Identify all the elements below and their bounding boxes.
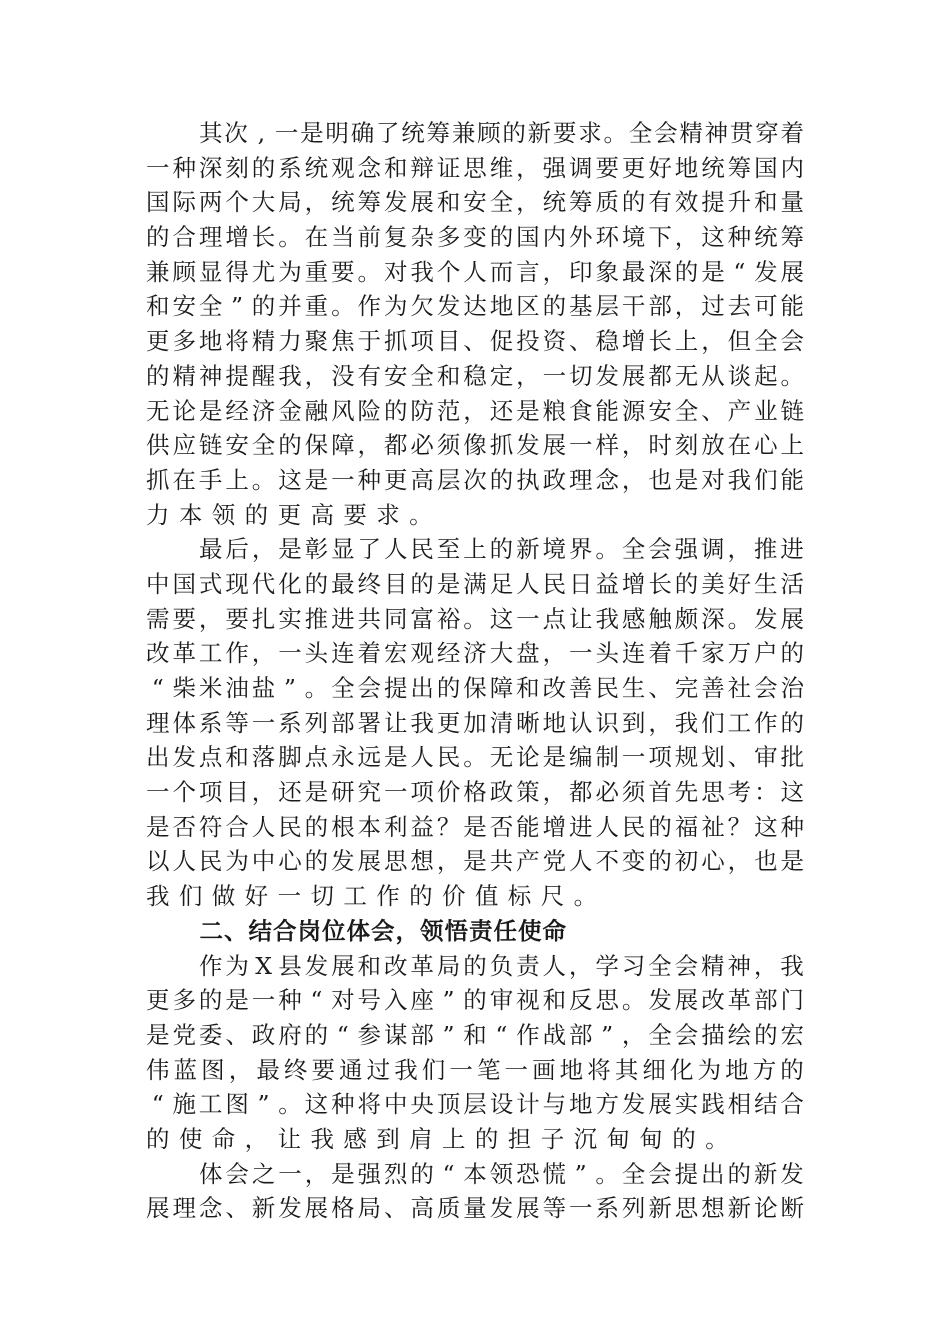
text-line: 理体系等一系列部署让我更加清晰地认识到，我们工作的 — [146, 706, 804, 741]
text-line: 抓在手上。这是一种更高层次的执政理念，也是对我们能 — [146, 463, 804, 498]
paragraph: 最后，是彰显了人民至上的新境界。全会强调，推进中国式现代化的最终目的是满足人民日… — [146, 532, 806, 914]
text-line: 供应链安全的保障，都必须像抓发展一样，时刻放在心上 — [146, 428, 804, 463]
text-line: 需要，要扎实推进共同富裕。这一点让我感触颇深。发展 — [146, 602, 804, 637]
text-line: 的使命，让我感到肩上的担子沉甸甸的。 — [146, 1122, 804, 1157]
text-line: 和安全”的并重。作为欠发达地区的基层干部，过去可能 — [146, 289, 804, 324]
text-line: 国际两个大局，统筹发展和安全，统筹质的有效提升和量 — [146, 185, 804, 220]
text-line: 力本领的更高要求。 — [146, 498, 804, 533]
text-line: “施工图”。这种将中央顶层设计与地方发展实践相结合 — [146, 1087, 804, 1122]
document-page: 其次,一是明确了统筹兼顾的新要求。全会精神贯穿着一种深刻的系统观念和辩证思维，强… — [146, 116, 806, 1226]
paragraph: 其次,一是明确了统筹兼顾的新要求。全会精神贯穿着一种深刻的系统观念和辩证思维，强… — [146, 116, 806, 532]
text-line: 的合理增长。在当前复杂多变的国内外环境下，这种统筹 — [146, 220, 804, 255]
text-line: 改革工作，一头连着宏观经济大盘，一头连着千家万户的 — [146, 636, 804, 671]
text-line: 我们做好一切工作的价值标尺。 — [146, 879, 804, 914]
text-line: 最后，是彰显了人民至上的新境界。全会强调，推进 — [146, 532, 804, 567]
paragraph: 作为X县发展和改革局的负责人，学习全会精神，我更多的是一种“对号入座”的审视和反… — [146, 949, 806, 1157]
text-line: 无论是经济金融风险的防范，还是粮食能源安全、产业链 — [146, 394, 804, 429]
text-line: 更多地将精力聚焦于抓项目、促投资、稳增长上，但全会 — [146, 324, 804, 359]
text-line: 是党委、政府的“参谋部”和“作战部”，全会描绘的宏 — [146, 1018, 804, 1053]
text-line: “柴米油盐”。全会提出的保障和改善民生、完善社会治 — [146, 671, 804, 706]
text-line: 更多的是一种“对号入座”的审视和反思。发展改革部门 — [146, 983, 804, 1018]
text-line: 伟蓝图，最终要通过我们一笔一画地将其细化为地方的 — [146, 1053, 804, 1088]
text-line: 以人民为中心的发展思想，是共产党人不变的初心，也是 — [146, 844, 804, 879]
text-line: 其次,一是明确了统筹兼顾的新要求。全会精神贯穿着 — [146, 116, 804, 151]
text-line: 中国式现代化的最终目的是满足人民日益增长的美好生活 — [146, 567, 804, 602]
text-line: 一个项目，还是研究一项价格政策，都必须首先思考：这 — [146, 775, 804, 810]
paragraph: 体会之一，是强烈的“本领恐慌”。全会提出的新发展理念、新发展格局、高质量发展等一… — [146, 1157, 806, 1226]
text-line: 体会之一，是强烈的“本领恐慌”。全会提出的新发 — [146, 1157, 804, 1192]
text-line: 出发点和落脚点永远是人民。无论是编制一项规划、审批 — [146, 740, 804, 775]
text-line: 是否符合人民的根本利益？是否能增进人民的福祉？这种 — [146, 810, 804, 845]
text-line: 的精神提醒我，没有安全和稳定，一切发展都无从谈起。 — [146, 359, 804, 394]
section-heading: 二、结合岗位体会，领悟责任使命 — [146, 914, 806, 949]
text-line: 兼顾显得尤为重要。对我个人而言，印象最深的是“发展 — [146, 255, 804, 290]
text-line: 作为X县发展和改革局的负责人，学习全会精神，我 — [146, 949, 804, 984]
text-line: 展理念、新发展格局、高质量发展等一系列新思想新论断 — [146, 1191, 804, 1226]
text-line: 一种深刻的系统观念和辩证思维，强调要更好地统筹国内 — [146, 151, 804, 186]
text-line: 二、结合岗位体会，领悟责任使命 — [146, 914, 806, 949]
